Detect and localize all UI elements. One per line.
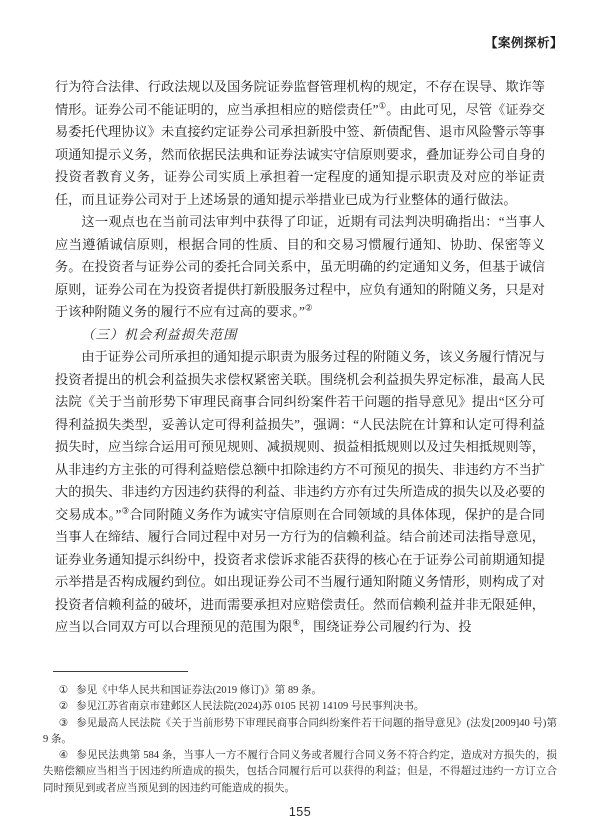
footnotes-list: ①参见《中华人民共和国证券法(2019 修订)》第 89 条。②参见江苏省南京市… [43, 683, 557, 797]
paragraph-text: 这一观点也在当前司法审判中获得了印证，近期有司法判决明确指出：“当事人应当遵循诚… [55, 214, 545, 319]
footnote-number: ② [59, 701, 68, 712]
paragraph: 行为符合法律、行政法规以及国务院证券监督管理机构的规定，不存在误导、欺诈等情形。… [55, 76, 545, 211]
footnote-text: 参见江苏省南京市建邺区人民法院(2024)苏 0105 民初 14109 号民事… [76, 701, 424, 712]
footnote-text: 参见《中华人民共和国证券法(2019 修订)》第 89 条。 [76, 685, 322, 696]
section-heading: （三）机会利益损失范围 [55, 324, 545, 347]
paragraph-text: 由于证券公司所承担的通知提示职责为服务过程的附随义务，该义务履行情况与投资者提出… [55, 349, 545, 522]
footnote-item: ④参见民法典第 584 条，当事人一方不履行合同义务或者履行合同义务不符合约定，… [43, 748, 557, 797]
footnote-number: ④ [59, 750, 69, 761]
paragraph-text: 。由此可见，尽管《证券交易委托代理协议》未直接约定证券公司承担新股中签、新债配售… [55, 102, 545, 207]
section-tag: 【案例探析】 [485, 33, 563, 51]
footnote-text: 参见最高人民法院《关于当前形势下审理民商事合同纠纷案件若干问题的指导意见》(法发… [43, 718, 557, 745]
footnote-text: 参见民法典第 584 条，当事人一方不履行合同义务或者履行合同义务不符合约定，造… [43, 750, 557, 794]
footnote-ref: ② [305, 303, 313, 313]
page-number: 155 [0, 805, 600, 819]
paragraph: 由于证券公司所承担的通知提示职责为服务过程的附随义务，该义务履行情况与投资者提出… [55, 346, 545, 639]
footnote-separator [53, 671, 188, 672]
footnote-number: ③ [59, 718, 68, 729]
paragraph-text: 合同附随义务作为诚实守信原则在合同领域的具体体现，保护的是合同当事人在缔结、履行… [55, 507, 545, 635]
footnote-item: ③参见最高人民法院《关于当前形势下审理民商事合同纠纷案件若干问题的指导意见》(法… [43, 716, 557, 749]
body-text: 行为符合法律、行政法规以及国务院证券监督管理机构的规定，不存在误导、欺诈等情形。… [55, 76, 545, 639]
paragraph-text: ，围绕证券公司履约行为、投 [300, 619, 471, 634]
paragraph: 这一观点也在当前司法审判中获得了印证，近期有司法判决明确指出：“当事人应当遵循诚… [55, 211, 545, 324]
paragraph-text: （三）机会利益损失范围 [81, 327, 237, 342]
footnote-item: ②参见江苏省南京市建邺区人民法院(2024)苏 0105 民初 14109 号民… [43, 699, 557, 715]
footnote-ref: ④ [292, 618, 300, 628]
journal-page: 【案例探析】 行为符合法律、行政法规以及国务院证券监督管理机构的规定，不存在误导… [0, 0, 600, 840]
footnote-number: ① [59, 685, 68, 696]
footnote-item: ①参见《中华人民共和国证券法(2019 修订)》第 89 条。 [43, 683, 557, 699]
